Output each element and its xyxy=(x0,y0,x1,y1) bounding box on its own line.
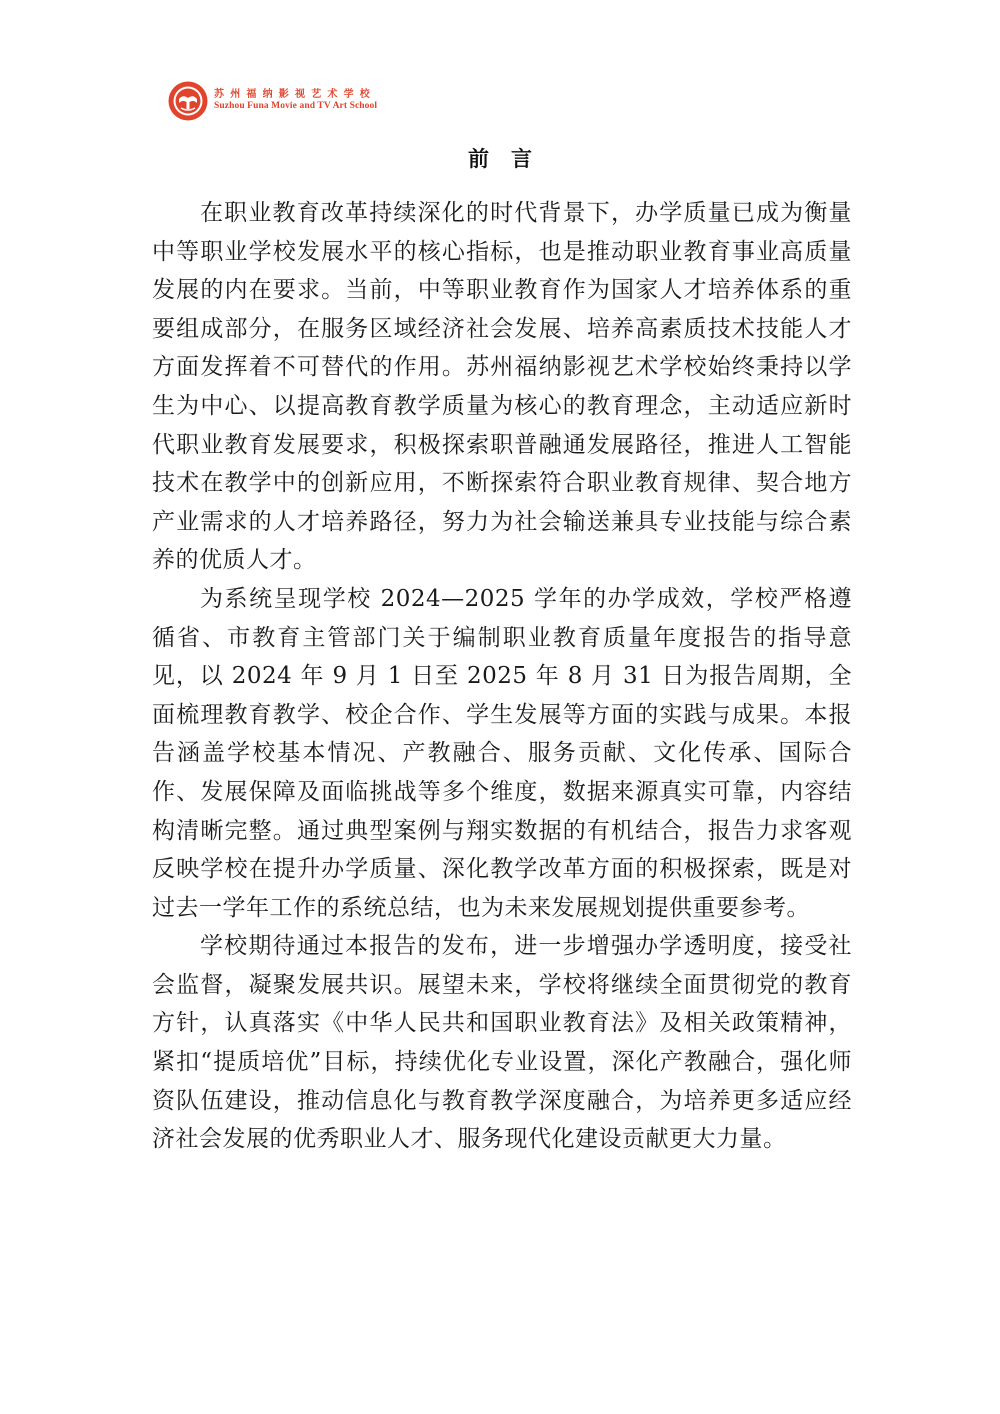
school-name-en: Suzhou Funa Movie and TV Art School xyxy=(214,102,377,112)
paragraph: 学校期待通过本报告的发布，进一步增强办学透明度，接受社会监督，凝聚发展共识。展望… xyxy=(152,927,852,1159)
school-name-cn: 苏州福纳影视艺术学校 xyxy=(214,90,377,100)
paragraph: 为系统呈现学校 2024—2025 学年的办学成效，学校严格遵循省、市教育主管部… xyxy=(152,580,852,927)
school-emblem-icon xyxy=(168,81,208,121)
document-body: 在职业教育改革持续深化的时代背景下，办学质量已成为衡量中等职业学校发展水平的核心… xyxy=(152,194,852,1159)
school-logo-text: 苏州福纳影视艺术学校 Suzhou Funa Movie and TV Art … xyxy=(214,90,377,112)
page-header: 苏州福纳影视艺术学校 Suzhou Funa Movie and TV Art … xyxy=(168,79,377,123)
paragraph: 在职业教育改革持续深化的时代背景下，办学质量已成为衡量中等职业学校发展水平的核心… xyxy=(152,194,852,580)
page-title: 前言 xyxy=(0,143,1000,173)
